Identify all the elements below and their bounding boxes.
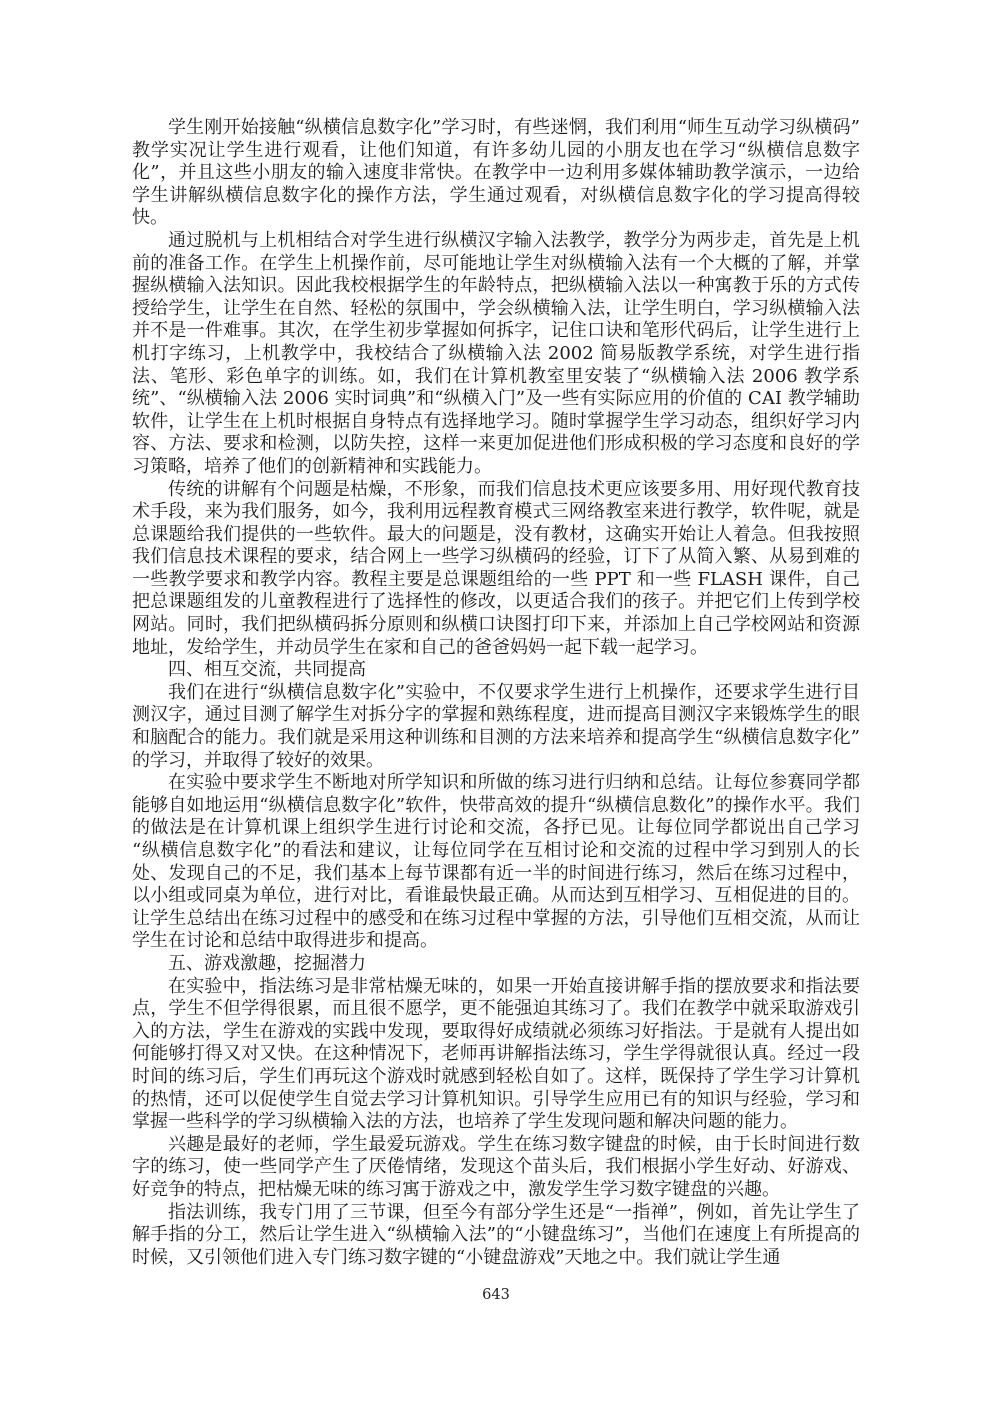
paragraph: 指法训练，我专门用了三节课，但至今有部分学生还是“一指禅”，例如，首先让学生了解…: [132, 1202, 860, 1270]
document-page: 学生刚开始接触“纵横信息数字化”学习时，有些迷惘，我们利用“师生互动学习纵横码”…: [0, 0, 992, 1403]
paragraph: 在实验中，指法练习是非常枯燥无味的，如果一开始直接讲解手指的摆放要求和指法要点，…: [132, 976, 860, 1134]
section-heading: 四、相互交流，共同提高: [132, 659, 860, 682]
paragraph: 传统的讲解有个问题是枯燥，不形象，而我们信息技术更应该要多用、用好现代教育技术手…: [132, 479, 860, 660]
page-number: 643: [0, 1286, 992, 1304]
paragraph: 兴趣是最好的老师，学生最爱玩游戏。学生在练习数字键盘的时候，由于长时间进行数字的…: [132, 1134, 860, 1202]
paragraph: 学生刚开始接触“纵横信息数字化”学习时，有些迷惘，我们利用“师生互动学习纵横码”…: [132, 117, 860, 230]
paragraph: 我们在进行“纵横信息数字化”实验中，不仅要求学生进行上机操作，还要求学生进行目测…: [132, 682, 860, 772]
paragraph: 在实验中要求学生不断地对所学知识和所做的练习进行归纳和总结。让每位参赛同学都能够…: [132, 772, 860, 953]
body-text: 学生刚开始接触“纵横信息数字化”学习时，有些迷惘，我们利用“师生互动学习纵横码”…: [132, 117, 860, 1269]
section-heading: 五、游戏激趣，挖掘潜力: [132, 953, 860, 976]
paragraph: 通过脱机与上机相结合对学生进行纵横汉字输入法教学，教学分为两步走，首先是上机前的…: [132, 230, 860, 479]
